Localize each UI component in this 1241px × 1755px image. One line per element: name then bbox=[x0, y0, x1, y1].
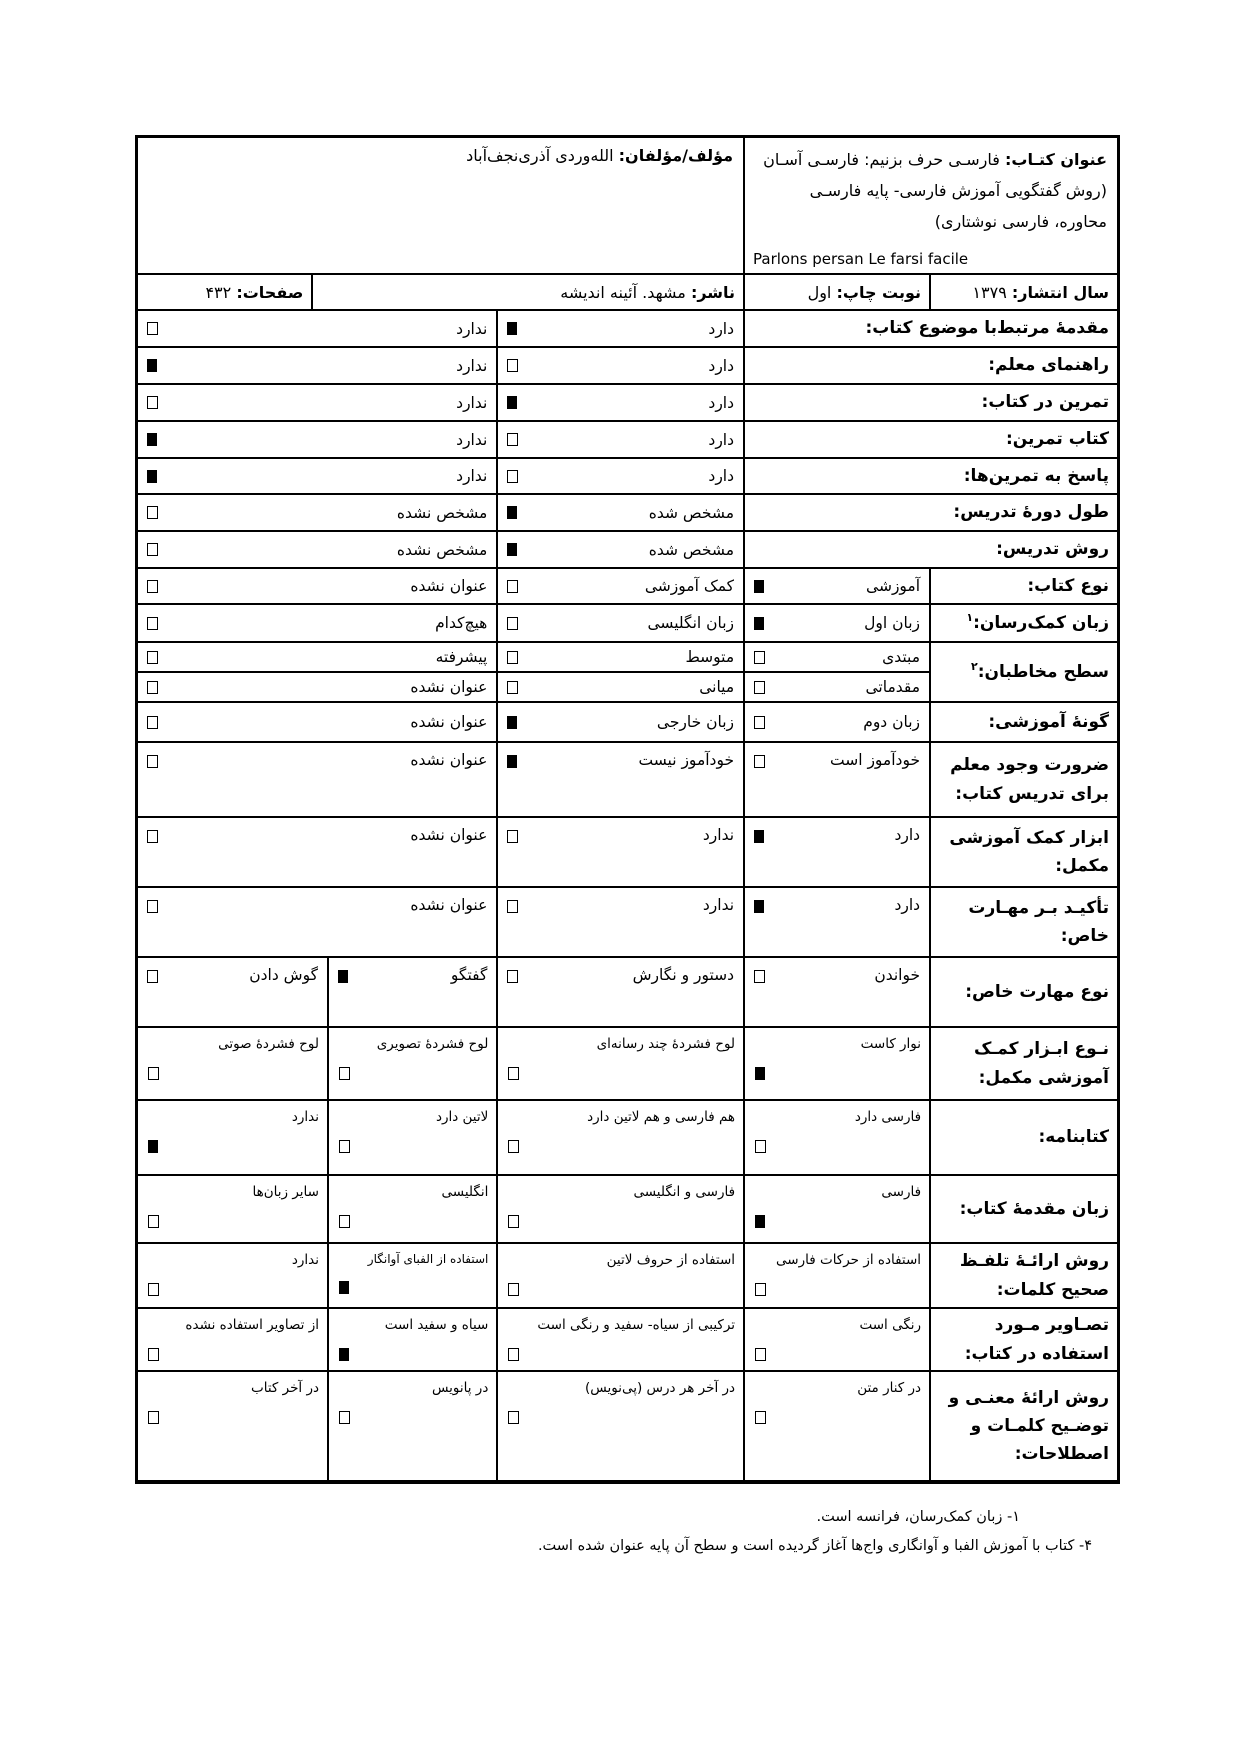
checkbox-unchecked-icon bbox=[508, 1411, 519, 1424]
option-cell: خودآموز نیست bbox=[496, 743, 743, 816]
option-cell: در کنار متن bbox=[743, 1372, 929, 1480]
row-label-text: تأکیـد بـر مهـارت خاص: bbox=[968, 898, 1109, 946]
option-cell: عنوان نشده bbox=[138, 673, 496, 701]
option: دارد bbox=[745, 888, 929, 956]
option: دارد bbox=[498, 459, 743, 493]
option-label: عنوان نشده bbox=[410, 678, 487, 696]
option-cell: ندارد bbox=[138, 311, 496, 346]
option-cell: استفاده از حروف لاتین bbox=[496, 1244, 743, 1307]
option-cell: میانی bbox=[496, 673, 743, 701]
option: سایر زبان‌ها bbox=[138, 1176, 327, 1242]
option: ندارد bbox=[138, 385, 496, 420]
row-label-cell: کتاب تمرین: bbox=[743, 422, 1117, 457]
table-row: ضرورت وجود معلم برای تدریس کتاب:خودآموز … bbox=[138, 743, 1117, 818]
option-label: هم فارسی و هم لاتین دارد bbox=[508, 1107, 735, 1127]
option: مشخص شده bbox=[498, 532, 743, 567]
row-label: روش ارائهٔ معنـی و توضـیح کلمـات و اصطلا… bbox=[935, 1384, 1109, 1468]
option-label: استفاده از حروف لاتین bbox=[508, 1250, 735, 1270]
checkbox-checked-icon bbox=[507, 322, 517, 335]
option-cell: ندارد bbox=[138, 1101, 327, 1174]
option-cell: ندارد bbox=[138, 1244, 327, 1307]
author-value: الله‌وردی آذری‌نجف‌آباد bbox=[466, 146, 613, 165]
checkbox-unchecked-icon bbox=[147, 580, 158, 593]
header-row-publication: سال انتشار: ۱۳۷۹ نوبت چاپ: اول ناشر: مشه… bbox=[138, 275, 1117, 311]
row-label-text: زبان کمک‌رسان: bbox=[973, 613, 1109, 633]
option-cell: سیاه و سفید است bbox=[327, 1309, 496, 1370]
option-cell: عنوان نشده bbox=[138, 569, 496, 603]
option-label: فارسی و انگلیسی bbox=[508, 1182, 735, 1202]
book-title-text: عنوان کتـاب: فارسـی حرف بزنیم: فارسـی آس… bbox=[753, 144, 1107, 238]
option: زبان دوم bbox=[745, 703, 929, 741]
checklist-rows: مقدمهٔ مرتبط‌با موضوع کتاب:داردنداردراهن… bbox=[138, 311, 1117, 1480]
row-label-cell: روش تدریس: bbox=[743, 532, 1117, 567]
option-label: مبتدی bbox=[882, 648, 920, 666]
footnotes: ۱- زبان کمک‌رسان، فرانسه است. ۴- کتاب با… bbox=[135, 1503, 1120, 1561]
row-label-text: روش تدریس: bbox=[996, 539, 1109, 559]
option: رنگی است bbox=[745, 1309, 929, 1370]
option-label: عنوان نشده bbox=[410, 713, 487, 731]
option-label: دارد bbox=[708, 357, 734, 375]
footnote-marker: ۱ bbox=[966, 611, 973, 624]
option: دارد bbox=[498, 422, 743, 457]
option-label: ندارد bbox=[456, 357, 487, 375]
option-cell: فارسی bbox=[743, 1176, 929, 1242]
row-label-cell: ضرورت وجود معلم برای تدریس کتاب: bbox=[929, 743, 1117, 816]
publish-year-value: ۱۳۷۹ bbox=[972, 283, 1006, 302]
row-label-text: سطح مخاطبان: bbox=[978, 662, 1109, 682]
option: مشخص نشده bbox=[138, 532, 496, 567]
option-label: زبان خارجی bbox=[657, 713, 734, 731]
option-label: در آخر هر درس (پی‌نویس) bbox=[508, 1378, 735, 1398]
row-label: روش تدریس: bbox=[996, 535, 1109, 563]
checkbox-unchecked-icon bbox=[755, 1411, 766, 1424]
option-cell: ندارد bbox=[138, 348, 496, 383]
option: استفاده از حروف لاتین bbox=[498, 1244, 743, 1307]
option-cell: گوش دادن bbox=[138, 958, 327, 1026]
row-label-cell: کتابنامه: bbox=[929, 1101, 1117, 1174]
table-row: نـوع ابـزار کمـک آموزشی مکمل:نوار کاستلو… bbox=[138, 1028, 1117, 1101]
table-row: تأکیـد بـر مهـارت خاص:داردنداردعنوان نشد… bbox=[138, 888, 1117, 958]
row-label-text: کتاب تمرین: bbox=[1006, 429, 1109, 449]
option: زبان اول bbox=[745, 605, 929, 641]
table-row: ابزار کمک آموزشی مکمل:داردنداردعنوان نشد… bbox=[138, 818, 1117, 888]
checkbox-checked-icon bbox=[339, 1281, 349, 1294]
table-row: گونهٔ آموزشی:زبان دومزبان خارجیعنوان نشد… bbox=[138, 703, 1117, 743]
table-row: کتابنامه:فارسی داردهم فارسی و هم لاتین د… bbox=[138, 1101, 1117, 1176]
option-label: ندارد bbox=[456, 394, 487, 412]
row-label-text: پاسخ به تمرین‌ها: bbox=[964, 466, 1109, 486]
option: زبان انگلیسی bbox=[498, 605, 743, 641]
option: عنوان نشده bbox=[138, 569, 496, 603]
checkbox-unchecked-icon bbox=[147, 396, 158, 409]
table-row: روش ارائهٔ معنـی و توضـیح کلمـات و اصطلا… bbox=[138, 1372, 1117, 1480]
checkbox-unchecked-icon bbox=[147, 900, 158, 913]
option-cell: مشخص نشده bbox=[138, 532, 496, 567]
row-label-text: نـوع ابـزار کمـک آموزشی مکمل: bbox=[974, 1039, 1109, 1087]
row-label-text: نوع کتاب: bbox=[1027, 576, 1109, 596]
option-label: خواندن bbox=[874, 966, 920, 984]
checkbox-checked-icon bbox=[147, 470, 157, 483]
row-label-cell: روش ارائهٔ معنـی و توضـیح کلمـات و اصطلا… bbox=[929, 1372, 1117, 1480]
option-label: زبان اول bbox=[864, 614, 920, 632]
option-label: خودآموز نیست bbox=[638, 751, 734, 769]
option-label: دارد bbox=[708, 394, 734, 412]
option: ندارد bbox=[138, 422, 496, 457]
option-label: مشخص نشده bbox=[397, 541, 487, 559]
option: گفتگو bbox=[329, 958, 496, 1026]
option: استفاده از الفبای آوانگار bbox=[329, 1244, 496, 1307]
option-cell: ندارد bbox=[496, 818, 743, 886]
checkbox-unchecked-icon bbox=[507, 580, 518, 593]
checkbox-unchecked-icon bbox=[148, 1411, 159, 1424]
option: ترکیبی از سیاه- سفید و رنگی است bbox=[498, 1309, 743, 1370]
table-row: پاسخ به تمرین‌ها:داردندارد bbox=[138, 459, 1117, 495]
option-cell: در آخر هر درس (پی‌نویس) bbox=[496, 1372, 743, 1480]
checkbox-unchecked-icon bbox=[148, 1283, 159, 1296]
row-label: زبان کمک‌رسان:۱ bbox=[966, 609, 1109, 637]
option: دارد bbox=[498, 311, 743, 346]
option-label: مقدماتی bbox=[866, 678, 921, 696]
option-cell: لوح فشردهٔ چند رسانه‌ای bbox=[496, 1028, 743, 1099]
option-cell: ترکیبی از سیاه- سفید و رنگی است bbox=[496, 1309, 743, 1370]
option-cell: از تصاویر استفاده نشده bbox=[138, 1309, 327, 1370]
edition-value: اول bbox=[808, 283, 832, 302]
header-row-title: عنوان کتـاب: فارسـی حرف بزنیم: فارسـی آس… bbox=[138, 138, 1117, 275]
option-cell: عنوان نشده bbox=[138, 703, 496, 741]
option-label: عنوان نشده bbox=[410, 896, 487, 914]
option: عنوان نشده bbox=[138, 673, 496, 701]
row-label: تصـاویر مـورد استفاده در کتاب: bbox=[935, 1311, 1109, 1367]
checkbox-checked-icon bbox=[507, 543, 517, 556]
option: ندارد bbox=[138, 311, 496, 346]
option: ندارد bbox=[138, 1244, 327, 1307]
checkbox-unchecked-icon bbox=[147, 322, 158, 335]
footnote-1: ۱- زبان کمک‌رسان، فرانسه است. bbox=[135, 1503, 1120, 1532]
option-label: کمک آموزشی bbox=[645, 577, 734, 595]
option: خودآموز است bbox=[745, 743, 929, 816]
row-label: طول دورهٔ تدریس: bbox=[953, 498, 1109, 526]
option: هم فارسی و هم لاتین دارد bbox=[498, 1101, 743, 1174]
sub-row: مبتدیمتوسطپیشرفته bbox=[138, 643, 929, 673]
option: مقدماتی bbox=[745, 673, 929, 701]
option-cell: فارسی و انگلیسی bbox=[496, 1176, 743, 1242]
row-label-text: ابزار کمک آموزشی مکمل: bbox=[949, 828, 1109, 876]
option-label: ندارد bbox=[148, 1107, 319, 1127]
option: ندارد bbox=[498, 818, 743, 886]
row-label: روش ارائـهٔ تلفـظ صحیح کلمات: bbox=[935, 1247, 1109, 1303]
option-label: لوح فشردهٔ صوتی bbox=[148, 1034, 319, 1054]
option: مشخص نشده bbox=[138, 495, 496, 530]
option: فارسی دارد bbox=[745, 1101, 929, 1174]
table-row: زبان مقدمهٔ کتاب:فارسیفارسی و انگلیسیانگ… bbox=[138, 1176, 1117, 1244]
row-label-text: نوع مهارت خاص: bbox=[965, 982, 1109, 1002]
option-label: فارسی bbox=[755, 1182, 921, 1202]
checkbox-unchecked-icon bbox=[754, 970, 765, 983]
option-label: نوار کاست bbox=[755, 1034, 921, 1054]
option-cell: دارد bbox=[743, 888, 929, 956]
option-label: خودآموز است bbox=[830, 751, 920, 769]
option-label: عنوان نشده bbox=[410, 577, 487, 595]
row-label-cell: طول دورهٔ تدریس: bbox=[743, 495, 1117, 530]
row-label-text: زبان مقدمهٔ کتاب: bbox=[960, 1199, 1109, 1219]
checkbox-unchecked-icon bbox=[148, 1348, 159, 1361]
checkbox-unchecked-icon bbox=[148, 1215, 159, 1228]
option-label: دستور و نگارش bbox=[633, 966, 734, 984]
checkbox-unchecked-icon bbox=[147, 543, 158, 556]
option-cell: پیشرفته bbox=[138, 643, 496, 671]
checkbox-unchecked-icon bbox=[339, 1411, 350, 1424]
option-label: عنوان نشده bbox=[410, 826, 487, 844]
checkbox-unchecked-icon bbox=[755, 1348, 766, 1361]
row-label-cell: نوع مهارت خاص: bbox=[929, 958, 1117, 1026]
author-cell: مؤلف/مؤلفان: الله‌وردی آذری‌نجف‌آباد bbox=[138, 138, 743, 273]
option-cell: هم فارسی و هم لاتین دارد bbox=[496, 1101, 743, 1174]
pages-label: صفحات: bbox=[236, 283, 303, 302]
option-label: گوش دادن bbox=[249, 966, 318, 984]
row-label-cell: نـوع ابـزار کمـک آموزشی مکمل: bbox=[929, 1028, 1117, 1099]
checkbox-unchecked-icon bbox=[507, 900, 518, 913]
row-label-cell: نوع کتاب: bbox=[929, 569, 1117, 603]
option: در کنار متن bbox=[745, 1372, 929, 1480]
option: میانی bbox=[498, 673, 743, 701]
checkbox-unchecked-icon bbox=[507, 681, 518, 694]
row-label: تمرین در کتاب: bbox=[982, 388, 1109, 416]
option: ندارد bbox=[138, 1101, 327, 1174]
row-label-cell: راهنمای معلم: bbox=[743, 348, 1117, 383]
option-label: لوح فشردهٔ تصویری bbox=[339, 1034, 488, 1054]
option-cell: رنگی است bbox=[743, 1309, 929, 1370]
option-cell: ندارد bbox=[138, 459, 496, 493]
option-label: هیچ‌کدام bbox=[435, 614, 487, 632]
option-cell: دارد bbox=[743, 818, 929, 886]
option-cell: عنوان نشده bbox=[138, 818, 496, 886]
option-cell: دستور و نگارش bbox=[496, 958, 743, 1026]
checkbox-unchecked-icon bbox=[148, 1067, 159, 1080]
option-cell: زبان اول bbox=[743, 605, 929, 641]
checkbox-unchecked-icon bbox=[147, 970, 158, 983]
checkbox-unchecked-icon bbox=[508, 1140, 519, 1153]
row-label: نـوع ابـزار کمـک آموزشی مکمل: bbox=[935, 1035, 1109, 1091]
option-cell: زبان دوم bbox=[743, 703, 929, 741]
edition-cell: نوبت چاپ: اول bbox=[743, 275, 929, 309]
option-cell: لوح فشردهٔ صوتی bbox=[138, 1028, 327, 1099]
row-label: سطح مخاطبان:۲ bbox=[971, 658, 1109, 686]
row-label: گونهٔ آموزشی: bbox=[988, 708, 1109, 736]
checkbox-unchecked-icon bbox=[754, 651, 765, 664]
option: فارسی bbox=[745, 1176, 929, 1242]
option-label: رنگی است bbox=[755, 1315, 921, 1335]
checkbox-checked-icon bbox=[754, 900, 764, 913]
option: ندارد bbox=[138, 459, 496, 493]
checkbox-unchecked-icon bbox=[339, 1067, 350, 1080]
option-label: انگلیسی bbox=[339, 1182, 488, 1202]
checkbox-checked-icon bbox=[754, 617, 764, 630]
option-label: ندارد bbox=[456, 320, 487, 338]
option-label: دارد bbox=[708, 431, 734, 449]
pages-value: ۴۳۲ bbox=[205, 283, 231, 302]
publisher-cell: ناشر: مشهد. آئینه اندیشه bbox=[311, 275, 743, 309]
option-label: از تصاویر استفاده نشده bbox=[148, 1315, 319, 1335]
option: از تصاویر استفاده نشده bbox=[138, 1309, 327, 1370]
checkbox-unchecked-icon bbox=[507, 830, 518, 843]
option: فارسی و انگلیسی bbox=[498, 1176, 743, 1242]
checkbox-unchecked-icon bbox=[755, 1283, 766, 1296]
option-cell: در آخر کتاب bbox=[138, 1372, 327, 1480]
option-cell: دارد bbox=[496, 459, 743, 493]
option: زبان خارجی bbox=[498, 703, 743, 741]
option-cell: ندارد bbox=[138, 385, 496, 420]
table-row: کتاب تمرین:داردندارد bbox=[138, 422, 1117, 459]
option-cell: مشخص شده bbox=[496, 532, 743, 567]
row-label-cell: زبان کمک‌رسان:۱ bbox=[929, 605, 1117, 641]
publish-year-label: سال انتشار: bbox=[1012, 283, 1109, 302]
option: ندارد bbox=[498, 888, 743, 956]
option: عنوان نشده bbox=[138, 818, 496, 886]
checkbox-checked-icon bbox=[755, 1215, 765, 1228]
option: دارد bbox=[498, 385, 743, 420]
option-label: سیاه و سفید است bbox=[339, 1315, 488, 1335]
option: ندارد bbox=[138, 348, 496, 383]
option: مشخص شده bbox=[498, 495, 743, 530]
option: در آخر کتاب bbox=[138, 1372, 327, 1480]
option-label: دارد bbox=[894, 896, 920, 914]
option: در آخر هر درس (پی‌نویس) bbox=[498, 1372, 743, 1480]
option: دارد bbox=[498, 348, 743, 383]
option-label: میانی bbox=[699, 678, 734, 696]
option-label: مشخص شده bbox=[649, 504, 734, 522]
option-cell: مقدماتی bbox=[743, 673, 929, 701]
option-cell: نوار کاست bbox=[743, 1028, 929, 1099]
row-label-text: طول دورهٔ تدریس: bbox=[953, 502, 1109, 522]
option-label: ندارد bbox=[148, 1250, 319, 1270]
option-label: پیشرفته bbox=[436, 648, 488, 666]
option-cell: انگلیسی bbox=[327, 1176, 496, 1242]
option-cell: لاتین دارد bbox=[327, 1101, 496, 1174]
checkbox-unchecked-icon bbox=[507, 470, 518, 483]
table-row: راهنمای معلم:داردندارد bbox=[138, 348, 1117, 385]
option-label: لوح فشردهٔ چند رسانه‌ای bbox=[508, 1034, 735, 1054]
checkbox-unchecked-icon bbox=[754, 755, 765, 768]
option-cell: سایر زبان‌ها bbox=[138, 1176, 327, 1242]
row-label-text: کتابنامه: bbox=[1038, 1127, 1109, 1147]
option: انگلیسی bbox=[329, 1176, 496, 1242]
option-cell: در پانویس bbox=[327, 1372, 496, 1480]
option: مبتدی bbox=[745, 643, 929, 671]
row-label: نوع کتاب: bbox=[1027, 572, 1109, 600]
row-label-cell: تصـاویر مـورد استفاده در کتاب: bbox=[929, 1309, 1117, 1370]
option: هیچ‌کدام bbox=[138, 605, 496, 641]
checkbox-unchecked-icon bbox=[147, 506, 158, 519]
book-info-table: عنوان کتـاب: فارسـی حرف بزنیم: فارسـی آس… bbox=[135, 135, 1120, 1484]
option-label: دارد bbox=[708, 320, 734, 338]
row-label-cell: گونهٔ آموزشی: bbox=[929, 703, 1117, 741]
option-label: دارد bbox=[894, 826, 920, 844]
option-cell: خودآموز است bbox=[743, 743, 929, 816]
table-row: روش تدریس:مشخص شدهمشخص نشده bbox=[138, 532, 1117, 569]
checkbox-unchecked-icon bbox=[339, 1140, 350, 1153]
row-label-cell: ابزار کمک آموزشی مکمل: bbox=[929, 818, 1117, 886]
option: لوح فشردهٔ چند رسانه‌ای bbox=[498, 1028, 743, 1099]
option: آموزشی bbox=[745, 569, 929, 603]
option-cell: دارد bbox=[496, 311, 743, 346]
row-label-cell: زبان مقدمهٔ کتاب: bbox=[929, 1176, 1117, 1242]
option-label: سایر زبان‌ها bbox=[148, 1182, 319, 1202]
option-cell: عنوان نشده bbox=[138, 888, 496, 956]
option: سیاه و سفید است bbox=[329, 1309, 496, 1370]
row-label-text: روش ارائهٔ معنـی و توضـیح کلمـات و اصطلا… bbox=[949, 1388, 1109, 1464]
checkbox-unchecked-icon bbox=[147, 830, 158, 843]
option-label: ترکیبی از سیاه- سفید و رنگی است bbox=[508, 1315, 735, 1335]
option-label: ندارد bbox=[456, 467, 487, 485]
checkbox-unchecked-icon bbox=[507, 970, 518, 983]
option-cell: مشخص نشده bbox=[138, 495, 496, 530]
book-title-cell: عنوان کتـاب: فارسـی حرف بزنیم: فارسـی آس… bbox=[743, 138, 1117, 273]
checkbox-unchecked-icon bbox=[507, 651, 518, 664]
sub-rows: مبتدیمتوسطپیشرفتهمقدماتیمیانیعنوان نشده bbox=[138, 643, 929, 701]
option: استفاده از حرکات فارسی bbox=[745, 1244, 929, 1307]
option-label: عنوان نشده bbox=[410, 751, 487, 769]
row-label-cell: پاسخ به تمرین‌ها: bbox=[743, 459, 1117, 493]
option-cell: عنوان نشده bbox=[138, 743, 496, 816]
row-label: کتاب تمرین: bbox=[1006, 425, 1109, 453]
checkbox-unchecked-icon bbox=[755, 1140, 766, 1153]
option-cell: ندارد bbox=[138, 422, 496, 457]
option-label: مشخص شده bbox=[649, 541, 734, 559]
option-label: آموزشی bbox=[866, 577, 920, 595]
row-label: کتابنامه: bbox=[1038, 1123, 1109, 1151]
option-label: استفاده از حرکات فارسی bbox=[755, 1250, 921, 1270]
option-cell: زبان انگلیسی bbox=[496, 605, 743, 641]
checkbox-unchecked-icon bbox=[508, 1215, 519, 1228]
option-cell: فارسی دارد bbox=[743, 1101, 929, 1174]
option-label: مشخص نشده bbox=[397, 504, 487, 522]
checkbox-unchecked-icon bbox=[147, 755, 158, 768]
option: لاتین دارد bbox=[329, 1101, 496, 1174]
option-label: زبان دوم bbox=[863, 713, 920, 731]
table-row: زبان کمک‌رسان:۱زبان اولزبان انگلیسیهیچ‌ک… bbox=[138, 605, 1117, 643]
option-label: ندارد bbox=[456, 431, 487, 449]
checkbox-unchecked-icon bbox=[339, 1215, 350, 1228]
option-cell: ندارد bbox=[496, 888, 743, 956]
option: دارد bbox=[745, 818, 929, 886]
table-row: مقدمهٔ مرتبط‌با موضوع کتاب:داردندارد bbox=[138, 311, 1117, 348]
checkbox-checked-icon bbox=[147, 433, 157, 446]
option-cell: مبتدی bbox=[743, 643, 929, 671]
table-row: نوع مهارت خاص:خواندندستور و نگارشگفتگوگو… bbox=[138, 958, 1117, 1028]
row-label-cell: مقدمهٔ مرتبط‌با موضوع کتاب: bbox=[743, 311, 1117, 346]
row-label: زبان مقدمهٔ کتاب: bbox=[960, 1195, 1109, 1223]
option-label: فارسی دارد bbox=[755, 1107, 921, 1127]
option-cell: آموزشی bbox=[743, 569, 929, 603]
scanned-document-page: { "colors": {"ink": "#000000", "paper": … bbox=[0, 0, 1241, 1755]
edition-label: نوبت چاپ: bbox=[836, 283, 921, 302]
option: خواندن bbox=[745, 958, 929, 1026]
publish-year-cell: سال انتشار: ۱۳۷۹ bbox=[929, 275, 1117, 309]
checkbox-checked-icon bbox=[148, 1140, 158, 1153]
option: عنوان نشده bbox=[138, 888, 496, 956]
option-label: زبان انگلیسی bbox=[647, 614, 734, 632]
option-cell: گفتگو bbox=[327, 958, 496, 1026]
option: دستور و نگارش bbox=[498, 958, 743, 1026]
option: خودآموز نیست bbox=[498, 743, 743, 816]
row-label-text: راهنمای معلم: bbox=[988, 355, 1109, 375]
checkbox-unchecked-icon bbox=[754, 681, 765, 694]
option: لوح فشردهٔ صوتی bbox=[138, 1028, 327, 1099]
option-label: در کنار متن bbox=[755, 1378, 921, 1398]
option-cell: کمک آموزشی bbox=[496, 569, 743, 603]
checkbox-checked-icon bbox=[507, 396, 517, 409]
row-label-text: ضرورت وجود معلم برای تدریس کتاب: bbox=[950, 755, 1109, 803]
